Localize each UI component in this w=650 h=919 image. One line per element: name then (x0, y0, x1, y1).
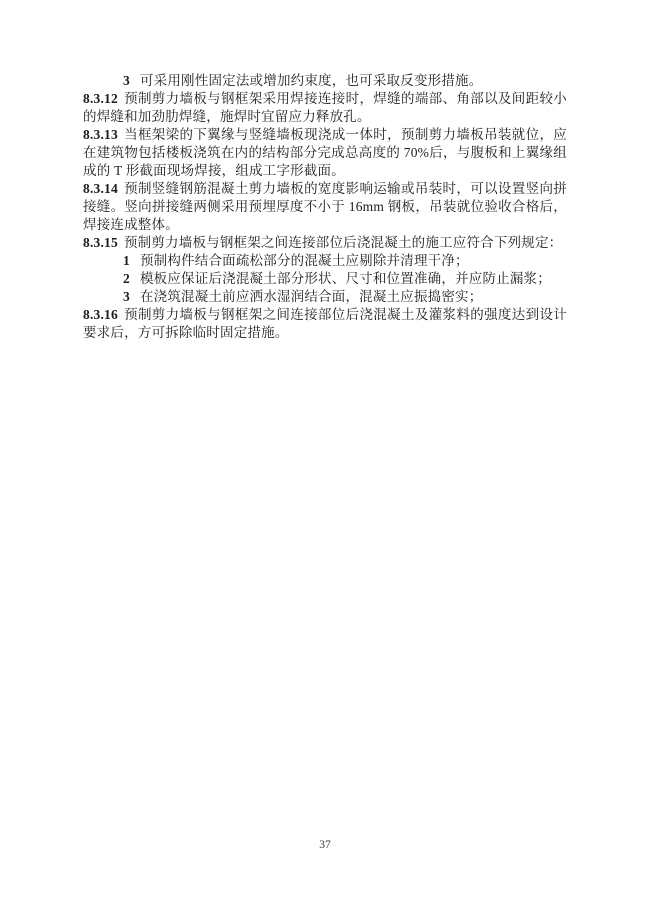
clause-text: 预制剪力墙板与钢框架之间连接部位后浇混凝土的施工应符合下列规定： (124, 235, 562, 250)
list-item-3-top: 3可采用刚性固定法或增加约束度，也可采取反变形措施。 (83, 72, 567, 90)
clause-number: 8.3.12 (83, 91, 118, 106)
clause-text: 当框架梁的下翼缘与竖缝墙板现浇成一体时，预制剪力墙板吊装就位，应在建筑物包括楼板… (83, 127, 567, 178)
list-item-text: 模板应保证后浇混凝土部分形状、尺寸和位置准确，并应防止漏浆； (140, 271, 551, 286)
document-page: 3可采用刚性固定法或增加约束度，也可采取反变形措施。 8.3.12预制剪力墙板与… (0, 0, 650, 919)
clause-text: 预制剪力墙板与钢框架之间连接部位后浇混凝土及灌浆料的强度达到设计要求后，方可拆除… (83, 307, 567, 340)
list-item-number: 1 (123, 253, 130, 268)
clause-number: 8.3.13 (83, 127, 118, 142)
clause-8-3-16: 8.3.16预制剪力墙板与钢框架之间连接部位后浇混凝土及灌浆料的强度达到设计要求… (83, 306, 567, 342)
clause-text: 预制竖缝钢筋混凝土剪力墙板的宽度影响运输或吊装时，可以设置竖向拼接缝。竖向拼接缝… (83, 181, 567, 232)
clause-8-3-12: 8.3.12预制剪力墙板与钢框架采用焊接连接时，焊缝的端部、角部以及间距较小的焊… (83, 90, 567, 126)
clause-8-3-13: 8.3.13当框架梁的下翼缘与竖缝墙板现浇成一体时，预制剪力墙板吊装就位，应在建… (83, 126, 567, 180)
list-item-text: 预制构件结合面疏松部分的混凝土应剔除并清理干净； (140, 253, 469, 268)
clause-8-3-15: 8.3.15预制剪力墙板与钢框架之间连接部位后浇混凝土的施工应符合下列规定： (83, 234, 567, 252)
list-item-number: 3 (123, 289, 130, 304)
list-item-2: 2模板应保证后浇混凝土部分形状、尺寸和位置准确，并应防止漏浆； (83, 270, 567, 288)
list-item-1: 1预制构件结合面疏松部分的混凝土应剔除并清理干净； (83, 252, 567, 270)
clause-number: 8.3.15 (83, 235, 118, 250)
document-body: 3可采用刚性固定法或增加约束度，也可采取反变形措施。 8.3.12预制剪力墙板与… (83, 72, 567, 342)
clause-text: 预制剪力墙板与钢框架采用焊接连接时，焊缝的端部、角部以及间距较小的焊缝和加劲肋焊… (83, 91, 567, 124)
list-item-number: 2 (123, 271, 130, 286)
list-item-text: 在浇筑混凝土前应洒水湿润结合面，混凝土应振捣密实； (140, 289, 483, 304)
clause-8-3-14: 8.3.14预制竖缝钢筋混凝土剪力墙板的宽度影响运输或吊装时，可以设置竖向拼接缝… (83, 180, 567, 234)
clause-number: 8.3.16 (83, 307, 118, 322)
clause-number: 8.3.14 (83, 181, 118, 196)
page-number: 37 (0, 839, 650, 851)
list-item-3: 3在浇筑混凝土前应洒水湿润结合面，混凝土应振捣密实； (83, 288, 567, 306)
list-item-number: 3 (123, 73, 130, 88)
list-item-text: 可采用刚性固定法或增加约束度，也可采取反变形措施。 (140, 73, 483, 88)
